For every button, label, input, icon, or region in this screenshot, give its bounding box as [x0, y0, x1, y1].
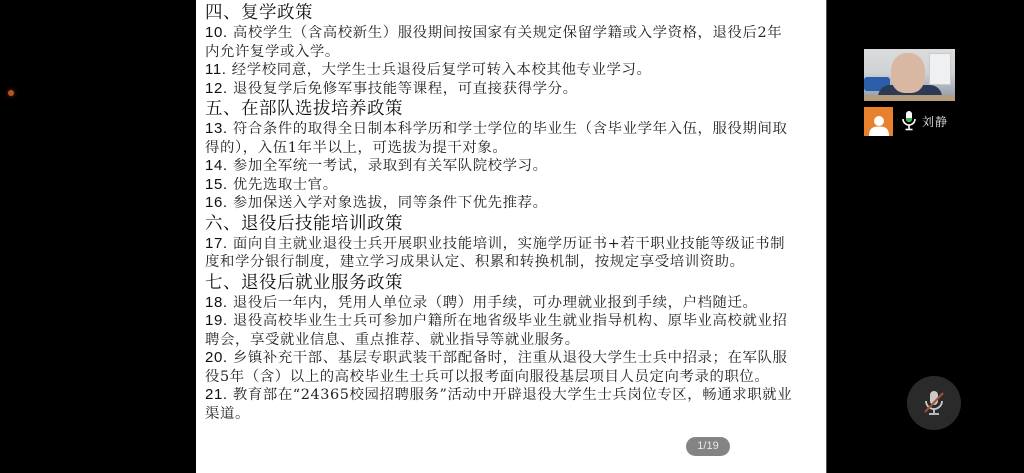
mute-button[interactable]	[907, 376, 961, 430]
item-number: 15.	[205, 176, 228, 193]
policy-item: 18. 退役后一年内，凭用人单位录（聘）用手续，可办理就业报到手续，户档随迁。	[205, 294, 795, 313]
item-text: 面向自主就业退役士兵开展职业技能培训，实施学历证书+若干职业技能等级证书制度和学…	[205, 236, 785, 271]
participant-video[interactable]	[864, 49, 955, 101]
section-heading: 七、退役后就业服务政策	[205, 272, 795, 294]
item-number: 13.	[205, 120, 228, 137]
item-text: 退役高校毕业生士兵可参加户籍所在地省级毕业生就业指导机构、原毕业高校就业招聘会，…	[205, 313, 788, 348]
item-number: 21.	[205, 386, 228, 403]
policy-item: 19. 退役高校毕业生士兵可参加户籍所在地省级毕业生就业指导机构、原毕业高校就业…	[205, 312, 795, 349]
item-text: 优先选取士官。	[233, 177, 338, 193]
item-text: 经学校同意，大学生士兵退役后复学可转入本校其他专业学习。	[232, 62, 652, 78]
policy-item: 12. 退役复学后免修军事技能等课程，可直接获得学分。	[205, 80, 795, 99]
avatar[interactable]	[864, 107, 893, 136]
item-text: 符合条件的取得全日制本科学历和学士学位的毕业生（含毕业学年入伍，服役期间取得的）…	[205, 121, 788, 156]
item-number: 14.	[205, 157, 228, 174]
policy-item: 15. 优先选取士官。	[205, 176, 795, 195]
policy-item: 20. 乡镇补充干部、基层专职武装干部配备时，注重从退役大学生士兵中招录；在军队…	[205, 349, 795, 386]
policy-item: 13. 符合条件的取得全日制本科学历和学士学位的毕业生（含毕业学年入伍，服役期间…	[205, 120, 795, 157]
policy-item: 11. 经学校同意，大学生士兵退役后复学可转入本校其他专业学习。	[205, 61, 795, 80]
item-text: 参加保送入学对象选拔，同等条件下优先推荐。	[233, 195, 548, 211]
item-number: 16.	[205, 194, 228, 211]
item-number: 17.	[205, 235, 228, 252]
policy-item: 17. 面向自主就业退役士兵开展职业技能培训，实施学历证书+若干职业技能等级证书…	[205, 235, 795, 272]
microphone-icon	[902, 111, 916, 131]
page-indicator: 1/19	[686, 437, 730, 456]
policy-item: 16. 参加保送入学对象选拔，同等条件下优先推荐。	[205, 194, 795, 213]
participant-name: 刘静	[922, 113, 948, 130]
microphone-muted-icon	[922, 389, 946, 417]
policy-item: 21. 教育部在“24365校园招聘服务”活动中开辟退役大学生士兵岗位专区，畅通…	[205, 386, 795, 423]
status-dot	[8, 90, 14, 96]
shared-document[interactable]: 四、复学政策10. 高校学生（含高校新生）服役期间按国家有关规定保留学籍或入学资…	[196, 0, 827, 473]
item-number: 19.	[205, 312, 228, 329]
item-text: 参加全军统一考试，录取到有关军队院校学习。	[233, 158, 548, 174]
video-background-window	[929, 53, 951, 85]
item-number: 18.	[205, 294, 228, 311]
video-floor	[864, 95, 955, 101]
item-text: 乡镇补充干部、基层专职武装干部配备时，注重从退役大学生士兵中招录；在军队服役5年…	[205, 350, 788, 385]
item-number: 12.	[205, 80, 228, 97]
section-heading: 四、复学政策	[205, 2, 795, 24]
person-icon	[868, 114, 890, 136]
section-heading: 六、退役后技能培训政策	[205, 213, 795, 235]
item-text: 教育部在“24365校园招聘服务”活动中开辟退役大学生士兵岗位专区，畅通求职就业…	[205, 387, 792, 422]
item-text: 退役复学后免修军事技能等课程，可直接获得学分。	[233, 81, 578, 97]
item-number: 11.	[205, 61, 227, 78]
item-number: 10.	[205, 24, 228, 41]
item-text: 退役后一年内，凭用人单位录（聘）用手续，可办理就业报到手续，户档随迁。	[233, 295, 758, 311]
document-content: 四、复学政策10. 高校学生（含高校新生）服役期间按国家有关规定保留学籍或入学资…	[205, 2, 795, 423]
section-heading: 五、在部队选拔培养政策	[205, 98, 795, 120]
item-number: 20.	[205, 349, 228, 366]
participant-info[interactable]: 刘静	[864, 106, 948, 136]
policy-item: 14. 参加全军统一考试，录取到有关军队院校学习。	[205, 157, 795, 176]
item-text: 高校学生（含高校新生）服役期间按国家有关规定保留学籍或入学资格，退役后2年内允许…	[205, 25, 782, 60]
policy-item: 10. 高校学生（含高校新生）服役期间按国家有关规定保留学籍或入学资格，退役后2…	[205, 24, 795, 61]
video-person-head	[891, 53, 925, 93]
